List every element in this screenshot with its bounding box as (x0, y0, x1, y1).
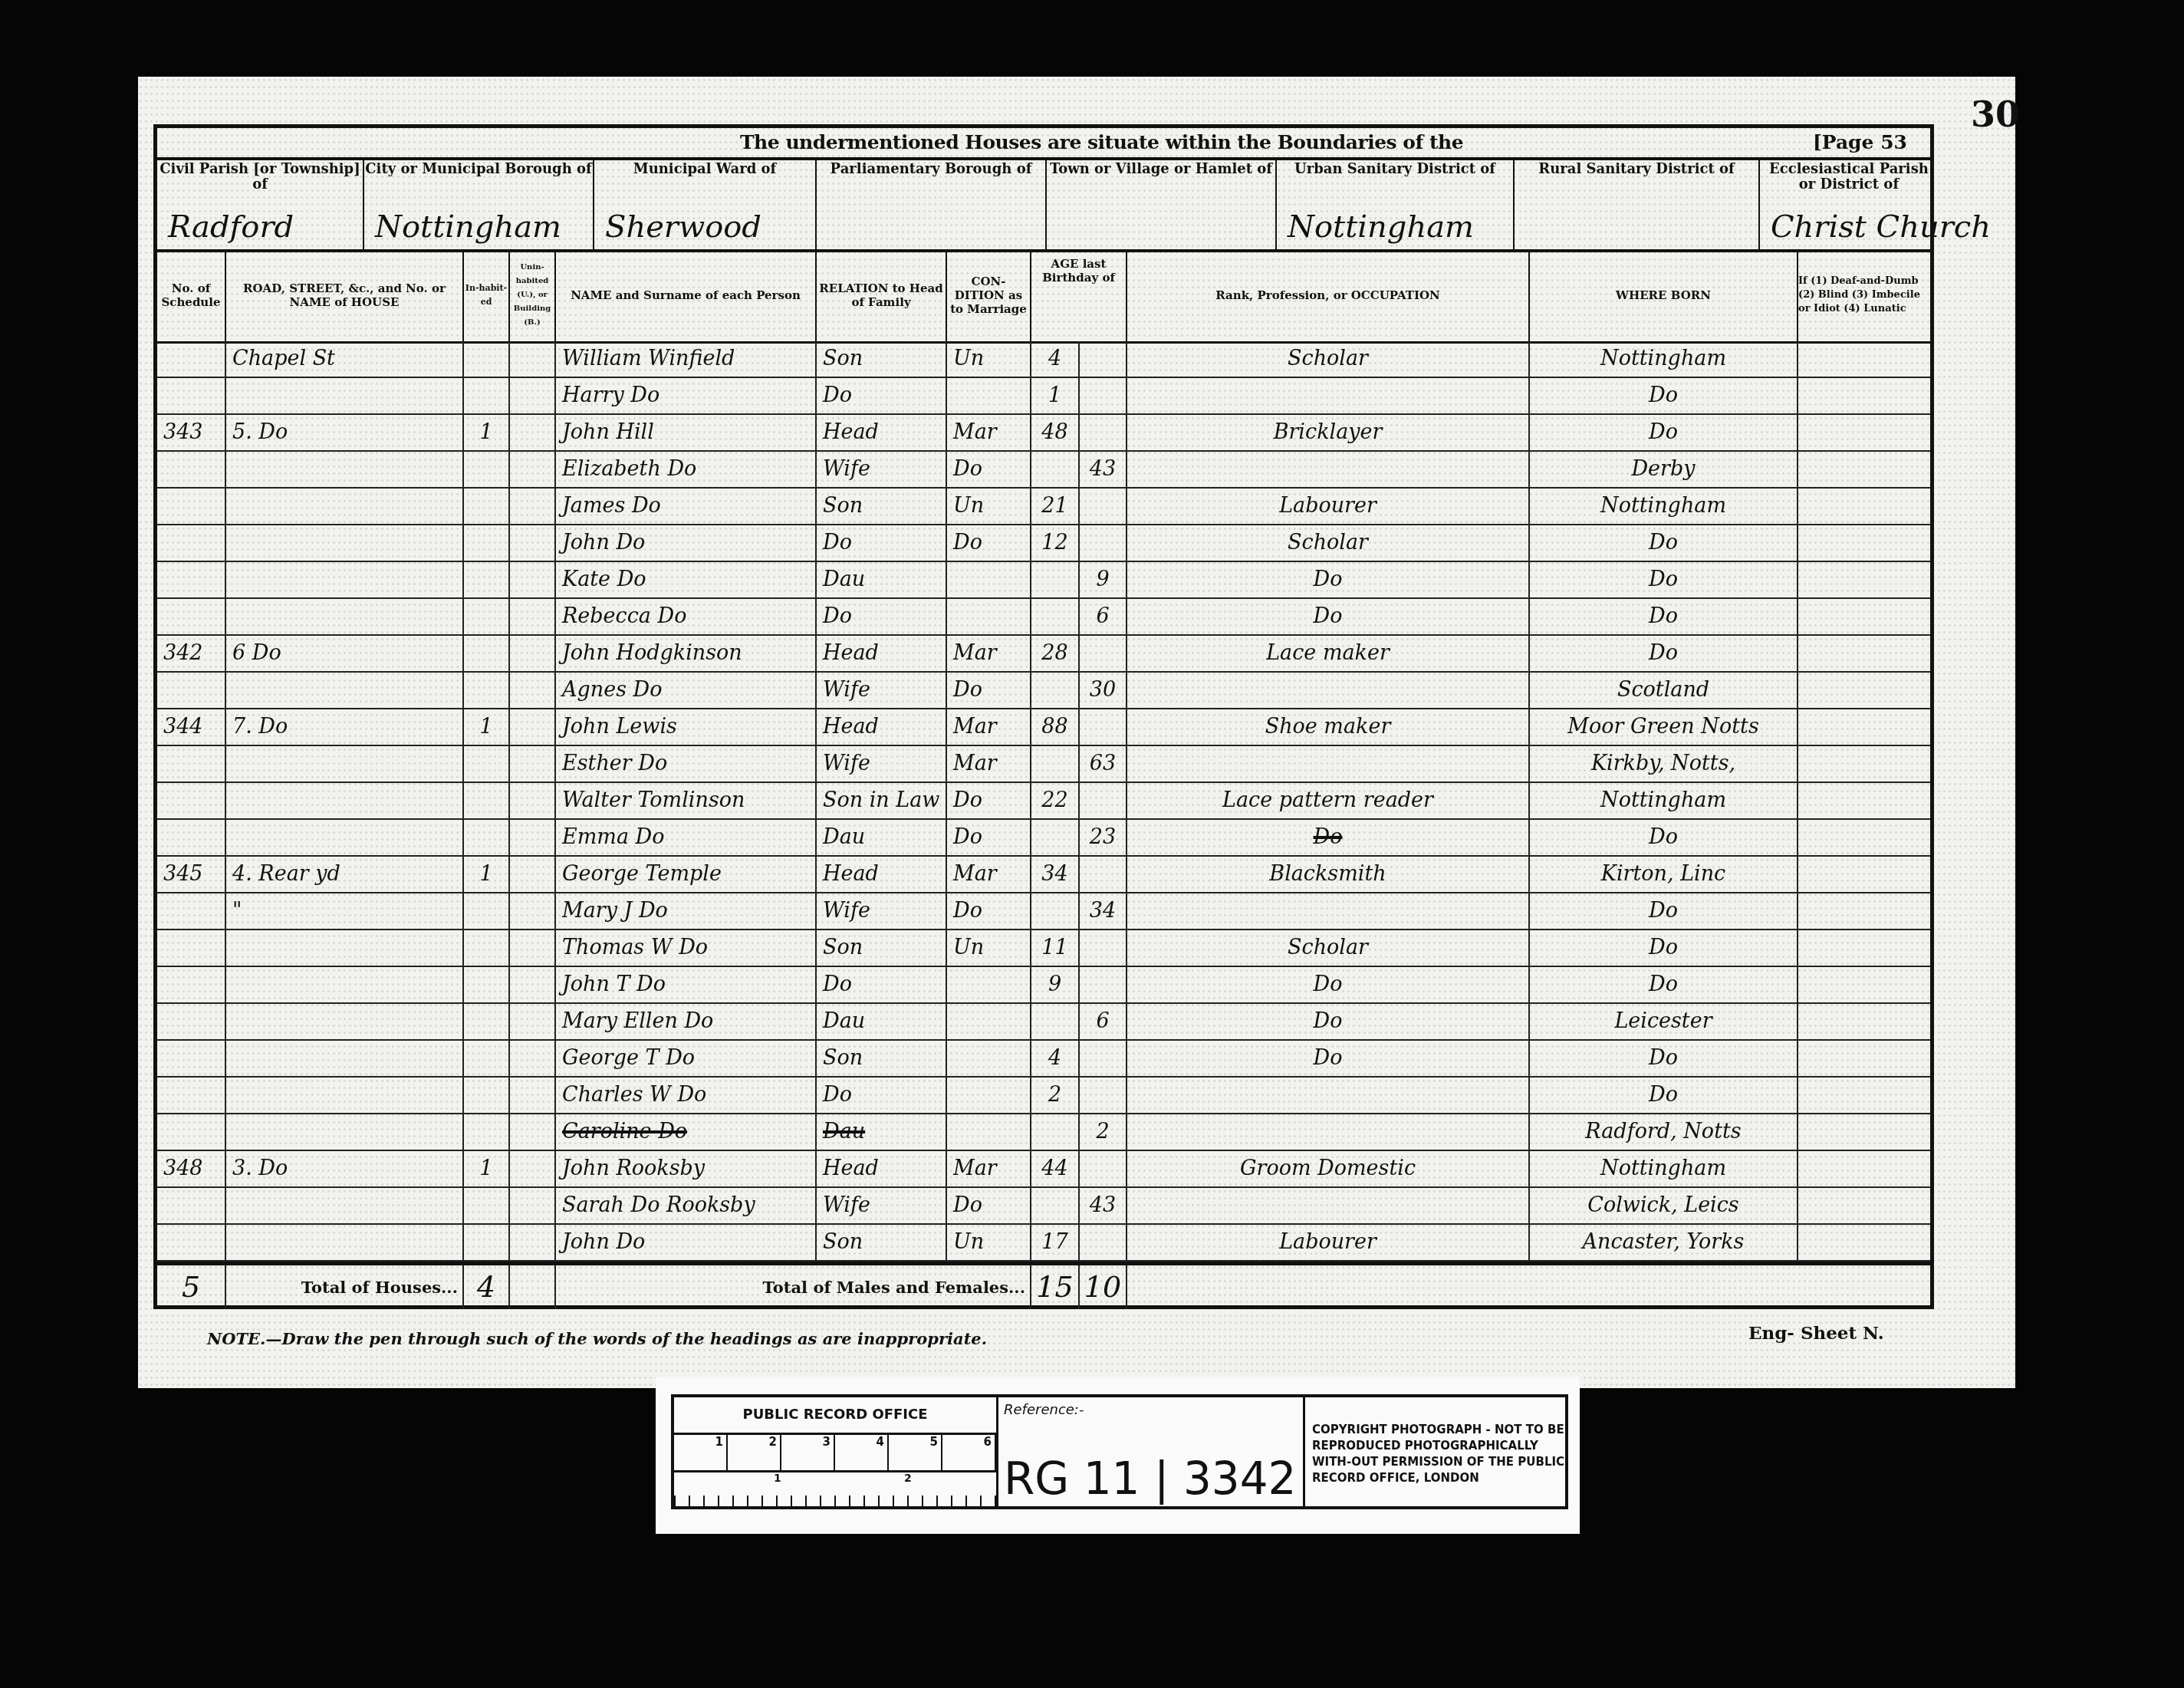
condition-cell: Mar (947, 1151, 1031, 1186)
born-cell: Nottingham (1530, 489, 1798, 524)
condition-cell: Mar (947, 857, 1031, 892)
relation-cell: Wife (817, 893, 947, 929)
schedule-cell (157, 746, 226, 781)
road-cell (226, 673, 464, 708)
condition-cell (947, 1078, 1031, 1113)
occupation-cell: Do (1127, 599, 1530, 634)
folio-number: 30 (1971, 94, 2020, 135)
inhabited-cell (464, 341, 510, 377)
inch-mark: 2 (904, 1472, 912, 1485)
reference-panel: Reference:- RG 11 | 3342 (996, 1397, 1305, 1509)
condition-cell: Do (947, 820, 1031, 855)
census-row: 3435. Do1John HillHeadMar48BricklayerDo (157, 415, 1930, 452)
relation-cell: Son (817, 1225, 947, 1260)
male-age-cell: 4 (1031, 1041, 1080, 1076)
form-note: NOTE.—Draw the pen through such of the w… (207, 1329, 987, 1348)
road-cell: " (226, 893, 464, 929)
uninhabited-cell (510, 857, 556, 892)
female-age-cell: 2 (1080, 1114, 1127, 1150)
male-age-cell (1031, 1004, 1080, 1039)
uninhabited-cell (510, 636, 556, 671)
census-row: Chapel StWilliam WinfieldSonUn4ScholarNo… (157, 341, 1930, 378)
location-value: Christ Church (1771, 209, 1991, 245)
occupation-cell (1127, 378, 1530, 413)
cm-mark: 1 (674, 1435, 728, 1470)
infirmity-cell (1798, 1041, 1930, 1076)
reference-value: RG 11 | 3342 (1004, 1453, 1297, 1505)
form-title-bar: The undermentioned Houses are situate wi… (157, 128, 1930, 160)
census-row: Thomas W DoSonUn11ScholarDo (157, 930, 1930, 967)
occupation-cell (1127, 452, 1530, 487)
relation-cell: Wife (817, 1188, 947, 1223)
occupation-cell (1127, 746, 1530, 781)
location-field: Parliamentary Borough of (817, 157, 1047, 249)
cm-ruler: 123456 (674, 1435, 996, 1472)
born-cell: Nottingham (1530, 1151, 1798, 1186)
col-infirmity: If (1) Deaf-and-Dumb (2) Blind (3) Imbec… (1798, 249, 1930, 341)
census-row: "Mary J DoWifeDo34Do (157, 893, 1930, 930)
schedule-cell: 342 (157, 636, 226, 671)
condition-cell (947, 1041, 1031, 1076)
male-age-cell (1031, 562, 1080, 597)
inhabited-cell (464, 599, 510, 634)
born-cell: Kirton, Linc (1530, 857, 1798, 892)
location-value: Nottingham (1288, 209, 1474, 245)
occupation-cell: Do (1127, 1041, 1530, 1076)
inhabited-cell: 1 (464, 1151, 510, 1186)
male-age-cell: 22 (1031, 783, 1080, 818)
uninhabited-cell (510, 452, 556, 487)
schedule-cell (157, 378, 226, 413)
name-cell: Sarah Do Rooksby (556, 1188, 817, 1223)
occupation-cell: Scholar (1127, 341, 1530, 377)
condition-cell: Do (947, 452, 1031, 487)
location-value: Sherwood (605, 209, 761, 245)
infirmity-cell (1798, 1151, 1930, 1186)
born-cell: Do (1530, 525, 1798, 561)
male-age-cell: 28 (1031, 636, 1080, 671)
female-age-cell (1080, 967, 1127, 1002)
condition-cell (947, 599, 1031, 634)
road-cell (226, 1078, 464, 1113)
schedule-cell: 343 (157, 415, 226, 450)
inhabited-cell (464, 1225, 510, 1260)
relation-cell: Son (817, 930, 947, 966)
census-row: Harry DoDo1Do (157, 378, 1930, 415)
male-age-cell (1031, 1188, 1080, 1223)
uninhabited-cell (510, 341, 556, 377)
name-cell: James Do (556, 489, 817, 524)
census-row: Agnes DoWifeDo30Scotland (157, 673, 1930, 709)
schedule-cell (157, 1188, 226, 1223)
schedule-cell (157, 930, 226, 966)
uninhabited-cell (510, 1114, 556, 1150)
schedule-cell: 348 (157, 1151, 226, 1186)
condition-cell: Mar (947, 746, 1031, 781)
cm-mark: 2 (728, 1435, 781, 1470)
office-ruler-panel: PUBLIC RECORD OFFICE 123456 1 2 (674, 1397, 998, 1509)
male-age-cell (1031, 1114, 1080, 1150)
female-age-cell: 6 (1080, 1004, 1127, 1039)
infirmity-cell (1798, 967, 1930, 1002)
occupation-cell: Do (1127, 967, 1530, 1002)
relation-cell: Dau (817, 820, 947, 855)
female-age-cell (1080, 525, 1127, 561)
infirmity-cell (1798, 1078, 1930, 1113)
condition-cell: Do (947, 525, 1031, 561)
occupation-cell: Lace maker (1127, 636, 1530, 671)
male-age-cell: 34 (1031, 857, 1080, 892)
infirmity-cell (1798, 1004, 1930, 1039)
col-born: WHERE BORN (1530, 249, 1798, 341)
col-schedule: No. of Schedule (157, 249, 226, 341)
form-page-number: [Page 53 (1813, 131, 1907, 153)
infirmity-cell (1798, 636, 1930, 671)
census-row: Charles W DoDo2Do (157, 1078, 1930, 1114)
born-cell: Radford, Notts (1530, 1114, 1798, 1150)
uninhabited-cell (510, 489, 556, 524)
name-cell: Esther Do (556, 746, 817, 781)
condition-cell: Do (947, 673, 1031, 708)
schedule-cell (157, 967, 226, 1002)
col-relation: RELATION to Head of Family (817, 249, 947, 341)
male-age-cell: 48 (1031, 415, 1080, 450)
male-age-cell: 12 (1031, 525, 1080, 561)
male-age-cell (1031, 820, 1080, 855)
total-houses-value: 4 (464, 1265, 510, 1309)
born-cell: Do (1530, 820, 1798, 855)
female-age-cell: 43 (1080, 452, 1127, 487)
schedule-cell (157, 452, 226, 487)
schedule-cell (157, 783, 226, 818)
cm-mark: 4 (835, 1435, 889, 1470)
schedule-cell (157, 1078, 226, 1113)
schedule-cell (157, 893, 226, 929)
relation-cell: Head (817, 415, 947, 450)
cm-mark: 6 (942, 1435, 996, 1470)
infirmity-cell (1798, 378, 1930, 413)
male-age-cell (1031, 746, 1080, 781)
born-cell: Do (1530, 1041, 1798, 1076)
name-cell: Agnes Do (556, 673, 817, 708)
born-cell: Do (1530, 599, 1798, 634)
inhabited-cell (464, 746, 510, 781)
occupation-cell (1127, 1114, 1530, 1150)
road-cell (226, 1004, 464, 1039)
uninhabited-cell (510, 525, 556, 561)
uninhabited-cell (510, 1188, 556, 1223)
female-age-cell: 6 (1080, 599, 1127, 634)
male-age-cell: 44 (1031, 1151, 1080, 1186)
born-cell: Leicester (1530, 1004, 1798, 1039)
female-age-cell: 34 (1080, 893, 1127, 929)
infirmity-cell (1798, 746, 1930, 781)
occupation-cell (1127, 1078, 1530, 1113)
name-cell: Mary J Do (556, 893, 817, 929)
schedule-cell (157, 820, 226, 855)
total-males: 15 (1031, 1265, 1080, 1309)
infirmity-cell (1798, 452, 1930, 487)
female-age-cell (1080, 489, 1127, 524)
column-headings: No. of Schedule ROAD, STREET, &c., and N… (157, 249, 1930, 344)
road-cell (226, 1188, 464, 1223)
born-cell: Do (1530, 967, 1798, 1002)
location-label: Urban Sanitary District of (1277, 157, 1513, 177)
inhabited-cell (464, 636, 510, 671)
col-name: NAME and Surname of each Person (556, 249, 817, 341)
condition-cell: Mar (947, 709, 1031, 745)
female-age-cell (1080, 636, 1127, 671)
census-row: 3447. Do1John LewisHeadMar88Shoe makerMo… (157, 709, 1930, 746)
infirmity-cell (1798, 930, 1930, 966)
occupation-cell (1127, 673, 1530, 708)
location-field: Municipal Ward ofSherwood (594, 157, 817, 249)
road-cell: 4. Rear yd (226, 857, 464, 892)
name-cell: Kate Do (556, 562, 817, 597)
road-cell (226, 746, 464, 781)
condition-cell: Un (947, 1225, 1031, 1260)
inhabited-cell (464, 1078, 510, 1113)
census-row: James DoSonUn21LabourerNottingham (157, 489, 1930, 525)
condition-cell (947, 562, 1031, 597)
female-age-cell (1080, 415, 1127, 450)
location-field: Civil Parish [or Township] ofRadford (157, 157, 364, 249)
male-age-cell: 4 (1031, 341, 1080, 377)
condition-cell: Un (947, 489, 1031, 524)
female-age-cell (1080, 378, 1127, 413)
inch-mark: 1 (774, 1472, 781, 1485)
uninhabited-cell (510, 930, 556, 966)
relation-cell: Wife (817, 746, 947, 781)
inhabited-cell (464, 562, 510, 597)
census-row: Kate DoDau9DoDo (157, 562, 1930, 599)
female-age-cell (1080, 709, 1127, 745)
infirmity-cell (1798, 673, 1930, 708)
infirmity-cell (1798, 820, 1930, 855)
uninhabited-cell (510, 709, 556, 745)
census-row: Sarah Do RooksbyWifeDo43Colwick, Leics (157, 1188, 1930, 1225)
female-age-cell: 9 (1080, 562, 1127, 597)
record-office-stamp: PUBLIC RECORD OFFICE 123456 1 2 Referenc… (671, 1394, 1568, 1509)
inhabited-cell (464, 378, 510, 413)
female-age-cell: 43 (1080, 1188, 1127, 1223)
occupation-cell: Do (1127, 820, 1530, 855)
location-field: Ecclesiastical Parish or District ofChri… (1760, 157, 1938, 249)
relation-cell: Do (817, 1078, 947, 1113)
census-row: John T DoDo9DoDo (157, 967, 1930, 1004)
occupation-cell: Bricklayer (1127, 415, 1530, 450)
location-field: Rural Sanitary District of (1515, 157, 1760, 249)
relation-cell: Dau (817, 1004, 947, 1039)
uninhabited-cell (510, 1041, 556, 1076)
total-schedules: 5 (157, 1265, 226, 1309)
copyright-notice: COPYRIGHT PHOTOGRAPH - NOT TO BE REPRODU… (1312, 1422, 1565, 1486)
census-row: Mary Ellen DoDau6DoLeicester (157, 1004, 1930, 1041)
inhabited-cell (464, 452, 510, 487)
infirmity-cell (1798, 562, 1930, 597)
uninhabited-cell (510, 783, 556, 818)
condition-cell (947, 378, 1031, 413)
totals-row: 5 Total of Houses... 4 Total of Males an… (157, 1262, 1930, 1309)
sheet-label: Eng- Sheet N. (1748, 1323, 1884, 1344)
female-age-cell: 23 (1080, 820, 1127, 855)
born-cell: Derby (1530, 452, 1798, 487)
female-age-cell (1080, 783, 1127, 818)
name-cell: John T Do (556, 967, 817, 1002)
relation-cell: Do (817, 967, 947, 1002)
condition-cell: Un (947, 930, 1031, 966)
inhabited-cell (464, 820, 510, 855)
name-cell: Charles W Do (556, 1078, 817, 1113)
schedule-cell (157, 489, 226, 524)
name-cell: John Lewis (556, 709, 817, 745)
road-cell (226, 452, 464, 487)
location-label: Civil Parish [or Township] of (157, 157, 363, 192)
form-title: The undermentioned Houses are situate wi… (740, 131, 1463, 153)
total-uninhabited (510, 1265, 556, 1309)
born-cell: Kirkby, Notts, (1530, 746, 1798, 781)
road-cell (226, 1225, 464, 1260)
born-cell: Do (1530, 930, 1798, 966)
born-cell: Moor Green Notts (1530, 709, 1798, 745)
occupation-cell: Labourer (1127, 489, 1530, 524)
condition-cell: Do (947, 1188, 1031, 1223)
road-cell (226, 525, 464, 561)
male-age-cell: 9 (1031, 967, 1080, 1002)
occupation-cell (1127, 893, 1530, 929)
name-cell: George T Do (556, 1041, 817, 1076)
schedule-cell (157, 1041, 226, 1076)
born-cell: Scotland (1530, 673, 1798, 708)
name-cell: John Do (556, 1225, 817, 1260)
schedule-cell (157, 1225, 226, 1260)
name-cell: John Hodgkinson (556, 636, 817, 671)
census-row: Emma DoDauDo23DoDo (157, 820, 1930, 857)
census-row: John DoSonUn17LabourerAncaster, Yorks (157, 1225, 1930, 1262)
occupation-cell: Blacksmith (1127, 857, 1530, 892)
schedule-cell (157, 1004, 226, 1039)
uninhabited-cell (510, 673, 556, 708)
infirmity-cell (1798, 783, 1930, 818)
relation-cell: Head (817, 857, 947, 892)
schedule-cell: 345 (157, 857, 226, 892)
relation-cell: Do (817, 525, 947, 561)
road-cell (226, 783, 464, 818)
col-uninhabited: Unin-habited (U.), or Building (B.) (510, 249, 556, 341)
schedule-cell (157, 562, 226, 597)
schedule-cell: 344 (157, 709, 226, 745)
schedule-cell (157, 1114, 226, 1150)
location-value: Radford (168, 209, 294, 245)
uninhabited-cell (510, 746, 556, 781)
relation-cell: Head (817, 1151, 947, 1186)
census-row: 3426 DoJohn HodgkinsonHeadMar28Lace make… (157, 636, 1930, 673)
relation-cell: Wife (817, 673, 947, 708)
condition-cell (947, 1114, 1031, 1150)
infirmity-cell (1798, 1225, 1930, 1260)
relation-cell: Dau (817, 562, 947, 597)
col-road: ROAD, STREET, &c., and No. or NAME of HO… (226, 249, 464, 341)
male-age-cell: 17 (1031, 1225, 1080, 1260)
name-cell: Thomas W Do (556, 930, 817, 966)
name-cell: George Temple (556, 857, 817, 892)
male-age-cell: 1 (1031, 378, 1080, 413)
name-cell: Harry Do (556, 378, 817, 413)
reference-label: Reference:- (1004, 1402, 1084, 1418)
born-cell: Ancaster, Yorks (1530, 1225, 1798, 1260)
name-cell: Caroline Do (556, 1114, 817, 1150)
born-cell: Nottingham (1530, 783, 1798, 818)
relation-cell: Son in Law (817, 783, 947, 818)
occupation-cell: Shoe maker (1127, 709, 1530, 745)
infirmity-cell (1798, 341, 1930, 377)
road-cell (226, 820, 464, 855)
born-cell: Do (1530, 378, 1798, 413)
census-row: John DoDoDo12ScholarDo (157, 525, 1930, 562)
infirmity-cell (1798, 893, 1930, 929)
born-cell: Do (1530, 415, 1798, 450)
female-age-cell: 63 (1080, 746, 1127, 781)
female-age-cell (1080, 930, 1127, 966)
uninhabited-cell (510, 1151, 556, 1186)
condition-cell: Mar (947, 636, 1031, 671)
location-value: Nottingham (375, 209, 561, 245)
inhabited-cell (464, 1188, 510, 1223)
location-field: Town or Village or Hamlet of (1047, 157, 1277, 249)
total-persons-label: Total of Males and Females... (556, 1265, 1031, 1309)
name-cell: John Do (556, 525, 817, 561)
occupation-cell (1127, 1188, 1530, 1223)
relation-cell: Head (817, 709, 947, 745)
road-cell (226, 930, 464, 966)
inhabited-cell (464, 1041, 510, 1076)
road-cell (226, 562, 464, 597)
inhabited-cell (464, 525, 510, 561)
born-cell: Do (1530, 1078, 1798, 1113)
location-headings: Civil Parish [or Township] ofRadfordCity… (157, 157, 1930, 252)
uninhabited-cell (510, 1078, 556, 1113)
road-cell: 6 Do (226, 636, 464, 671)
born-cell: Do (1530, 636, 1798, 671)
infirmity-cell (1798, 857, 1930, 892)
inhabited-cell (464, 673, 510, 708)
uninhabited-cell (510, 967, 556, 1002)
name-cell: Mary Ellen Do (556, 1004, 817, 1039)
female-age-cell (1080, 857, 1127, 892)
name-cell: Walter Tomlinson (556, 783, 817, 818)
male-age-cell: 88 (1031, 709, 1080, 745)
col-inhabited: In-habit-ed (464, 249, 510, 341)
location-label: Parliamentary Borough of (817, 157, 1045, 177)
male-age-cell (1031, 673, 1080, 708)
inhabited-cell: 1 (464, 415, 510, 450)
total-females: 10 (1080, 1265, 1127, 1309)
condition-cell: Do (947, 893, 1031, 929)
female-age-cell (1080, 1078, 1127, 1113)
name-cell: William Winfield (556, 341, 817, 377)
location-field: Urban Sanitary District ofNottingham (1277, 157, 1515, 249)
census-form: The undermentioned Houses are situate wi… (153, 124, 1934, 1309)
road-cell (226, 599, 464, 634)
born-cell: Do (1530, 562, 1798, 597)
inhabited-cell (464, 489, 510, 524)
infirmity-cell (1798, 1188, 1930, 1223)
census-row: 3483. Do1John RooksbyHeadMar44Groom Dome… (157, 1151, 1930, 1188)
inhabited-cell (464, 1114, 510, 1150)
col-occupation: Rank, Profession, or OCCUPATION (1127, 249, 1530, 341)
road-cell (226, 378, 464, 413)
col-condition: CON-DITION as to Marriage (947, 249, 1031, 341)
